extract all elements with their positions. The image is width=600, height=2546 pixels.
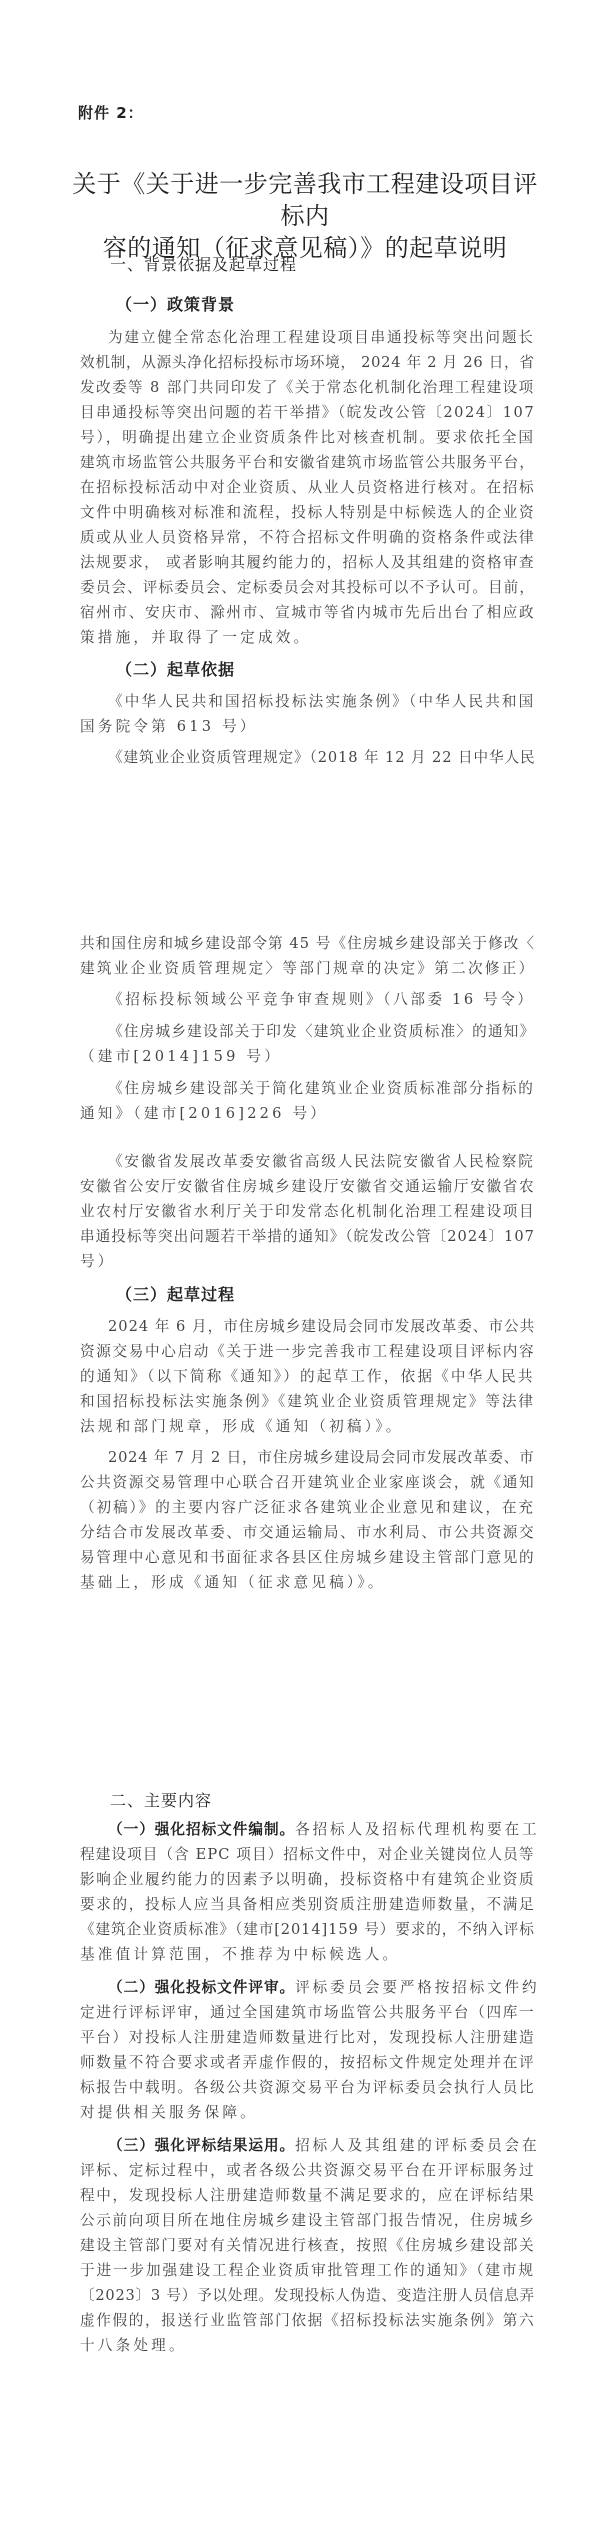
- text-line: 质或从业人员资格异常，不符合招标文件明确的资格条件或法律: [80, 528, 535, 548]
- text-line: 2024 年 6 月，市住房城乡建设局会同市发展改革委、市公共: [108, 1317, 535, 1337]
- basis-item-line: 共和国住房和城乡建设部令第 45 号《住房城乡建设部关于修改〈: [80, 934, 535, 954]
- text-line: 标报告中载明。各级公共资源交易平台为评标委员会执行人员比: [80, 2078, 535, 2098]
- text-line: 文件中明确核对标准和流程，投标人特别是中标候选人的企业资: [80, 503, 535, 523]
- text-line: 2024 年 7 月 2 日，市住房城乡建设局会同市发展改革委、市: [108, 1448, 535, 1468]
- basis-item-line: 《建筑业企业资质管理规定》（2018 年 12 月 22 日中华人民: [108, 748, 535, 768]
- point-text: 各招标人及招标代理机构要在工: [295, 1821, 539, 1838]
- text-line: 为建立健全常态化治理工程建设项目串通投标等突出问题长: [108, 328, 535, 348]
- text-line: 影响企业履约能力的因素予以明确，投标资格中有建筑企业资质: [80, 1870, 535, 1890]
- basis-item-line: 《住房城乡建设部关于简化建筑业企业资质标准部分指标的: [108, 1079, 535, 1099]
- basis-item-line: 串通投标等突出问题若干举措的通知》（皖发改公管〔2024〕107: [80, 1227, 535, 1247]
- text-line: 程建设项目（含 EPC 项目）招标文件中，对企业关键岗位人员等: [80, 1845, 535, 1865]
- basis-item-line: 号）: [80, 1252, 535, 1272]
- text-line: 法规和部门规章，形成《通知（初稿）》。: [80, 1417, 535, 1437]
- document-page: 附件 2： 关于《关于进一步完善我市工程建设项目评标内 容的通知（征求意见稿）》…: [0, 0, 600, 2546]
- text-line: 资源交易中心启动《关于进一步完善我市工程建设项目评标内容: [80, 1342, 535, 1362]
- text-line: 法规要求， 或者影响其履约能力的，招标人及其组建的资格审查: [80, 553, 535, 573]
- text-line: 对提供相关服务保障。: [80, 2103, 535, 2123]
- text-line: 虚作假的，报送行业监管部门依据《招标投标法实施条例》第六: [80, 2311, 535, 2331]
- text-line: 定进行评标评审，通过全国建筑市场监管公共服务平台（四库一: [80, 2003, 535, 2023]
- basis-item-line: （建市[2014]159 号）: [80, 1047, 535, 1067]
- text-line: 分结合市发展改革委、市交通运输局、市水利局、市公共资源交: [80, 1523, 535, 1543]
- text-line: 在招标投标活动中对企业资质、从业人员资格进行核对。在招标: [80, 478, 535, 498]
- basis-item-line: 《中华人民共和国招标投标法实施条例》（中华人民共和国: [108, 692, 535, 712]
- section-heading-main-content: 二、主要内容: [110, 1788, 212, 1811]
- basis-item-line: 安徽省公安厅安徽省住房城乡建设厅安徽省交通运输厅安徽省农: [80, 1177, 535, 1197]
- point-lead: （二）强化投标文件评审。: [108, 1979, 295, 1996]
- point-text: 招标人及其组建的评标委员会在: [295, 2137, 539, 2154]
- point-text: 评标委员会要严格按招标文件约: [295, 1979, 539, 1996]
- text-line: 发改委等 8 部门共同印发了《关于常态化机制化治理工程建设项: [80, 378, 535, 398]
- subheading-drafting-process: （三）起草过程: [116, 1282, 235, 1305]
- basis-item-line: 建筑业企业资质管理规定〉等部门规章的决定》第二次修正）: [80, 959, 535, 979]
- basis-item-line: 《安徽省发展改革委安徽省高级人民法院安徽省人民检察院: [108, 1152, 535, 1172]
- text-line: 《建筑企业资质标准》（建市[2014]159 号）要求的，不纳入评标: [80, 1920, 535, 1940]
- basis-item-line: 国务院令第 613 号）: [80, 717, 535, 737]
- text-line: （二）强化投标文件评审。评标委员会要严格按招标文件约: [108, 1978, 535, 1998]
- text-line: （一）强化招标文件编制。各招标人及招标代理机构要在工: [108, 1820, 535, 1840]
- text-line: 建筑市场监管公共服务平台和安徽省建筑市场监管公共服务平台，: [80, 453, 535, 473]
- text-line: 要求的，投标人应当具备相应类别资质注册建造师数量，不满足: [80, 1895, 535, 1915]
- basis-item-line: 通知》（建市[2016]226 号）: [80, 1104, 535, 1124]
- text-line: 十八条处理。: [80, 2336, 535, 2356]
- subheading-policy-background: （一）政策背景: [116, 292, 235, 315]
- text-line: 平台）对投标人注册建造师数量进行比对，发现投标人注册建造: [80, 2028, 535, 2048]
- text-line: 建设主管部门要对有关情况进行核查，按照《住房城乡建设部关: [80, 2236, 535, 2256]
- point-lead: （三）强化评标结果运用。: [108, 2137, 295, 2154]
- text-line: 公共资源交易管理中心联合召开建筑业企业家座谈会，就《通知: [80, 1473, 535, 1493]
- text-line: 策措施，并取得了一定成效。: [80, 628, 535, 648]
- text-line: 效机制，从源头净化招标投标市场环境， 2024 年 2 月 26 日，省: [80, 353, 535, 373]
- text-line: 公示前向项目所在地住房城乡建设主管部门报告情况，住房城乡: [80, 2211, 535, 2231]
- text-line: 委员会、评标委员会、定标委员会对其投标可以不予认可。目前，: [80, 578, 535, 598]
- text-line: 程中，发现投标人注册建造师数量不满足要求的，应在评标结果: [80, 2186, 535, 2206]
- text-line: 和国招标投标法实施条例》《建筑业企业资质管理规定》等法律: [80, 1392, 535, 1412]
- text-line: 目串通投标等突出问题的若干举措》（皖发改公管〔2024〕107: [80, 403, 535, 423]
- section-heading-background: 一、背景依据及起草过程: [110, 252, 297, 275]
- text-line: 于进一步加强建设工程企业资质审批管理工作的通知》（建市规: [80, 2261, 535, 2281]
- basis-item-line: 业农村厅安徽省水利厅关于印发常态化机制化治理工程建设项目: [80, 1202, 535, 1222]
- document-title: 关于《关于进一步完善我市工程建设项目评标内 容的通知（征求意见稿）》的起草说明: [70, 168, 540, 264]
- text-line: 评标、定标过程中，或者各级公共资源交易平台在开评标服务过: [80, 2161, 535, 2181]
- title-line: 关于《关于进一步完善我市工程建设项目评标内: [70, 168, 540, 232]
- text-line: 基础上，形成《通知（征求意见稿）》。: [80, 1573, 535, 1593]
- text-line: 基准值计算范围，不推荐为中标候选人。: [80, 1945, 535, 1965]
- subheading-drafting-basis: （二）起草依据: [116, 657, 235, 680]
- point-lead: （一）强化招标文件编制。: [108, 1821, 295, 1838]
- text-line: 号），明确提出建立企业资质条件比对核查机制。要求依托全国: [80, 428, 535, 448]
- basis-item-line: 《招标投标领域公平竞争审查规则》（八部委 16 号令）: [108, 990, 535, 1010]
- attachment-label: 附件 2：: [78, 102, 144, 123]
- text-line: （三）强化评标结果运用。招标人及其组建的评标委员会在: [108, 2136, 535, 2156]
- text-line: （初稿）》的主要内容广泛征求各建筑业企业意见和建议，在充: [80, 1498, 535, 1518]
- basis-item-line: 《住房城乡建设部关于印发〈建筑业企业资质标准〉的通知》: [108, 1022, 535, 1042]
- text-line: 师数量不符合要求或者弄虚作假的，按招标文件规定处理并在评: [80, 2053, 535, 2073]
- text-line: 的通知》（以下简称《通知》）的起草工作，依据《中华人民共: [80, 1367, 535, 1387]
- text-line: 〔2023〕3 号）予以处理。发现投标人伪造、变造注册人员信息弄: [80, 2286, 535, 2306]
- text-line: 易管理中心意见和书面征求各县区住房城乡建设主管部门意见的: [80, 1548, 535, 1568]
- text-line: 宿州市、安庆市、滁州市、宣城市等省内城市先后出台了相应政: [80, 603, 535, 623]
